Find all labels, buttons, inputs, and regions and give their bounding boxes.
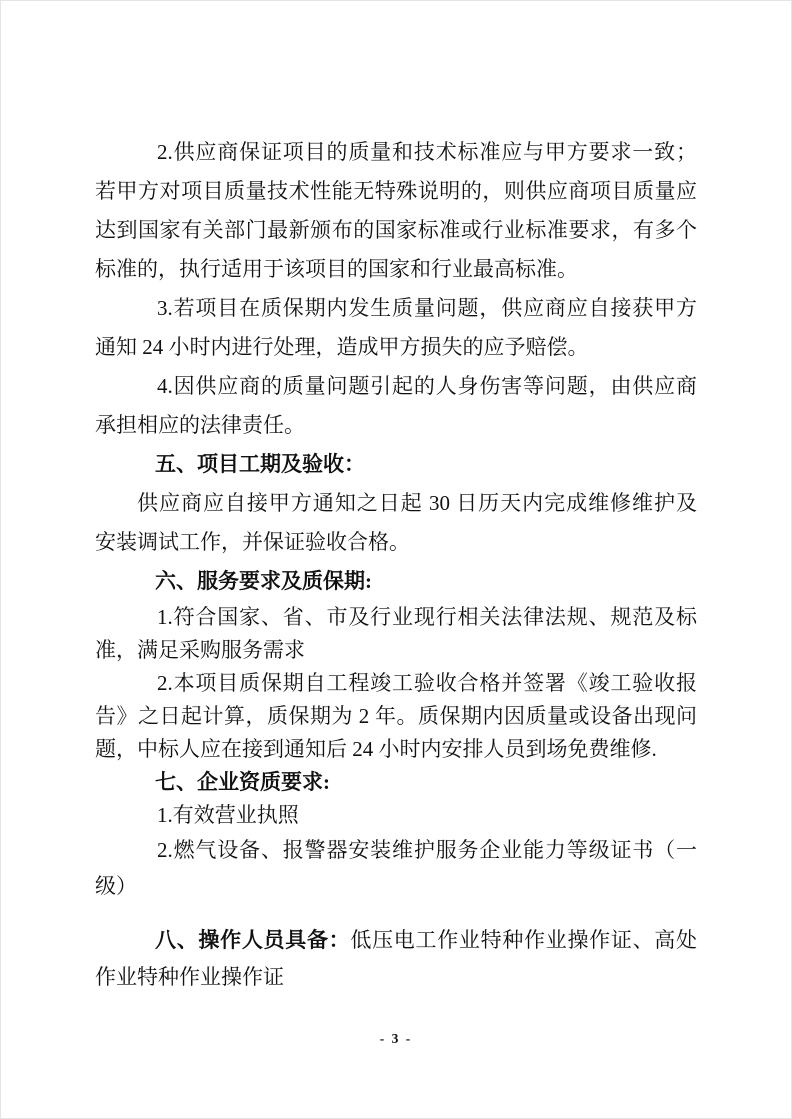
document-body: 2.供应商保证项目的质量和技术标准应与甲方要求一致；若甲方对项目质量技术性能无特…	[95, 133, 697, 996]
text-segment: 3.若项目在质保期内发生质量问题，供应商应自接获甲方	[157, 296, 697, 320]
text-segment: 若甲方对项目质量技术性能无特殊说明的，则供应商项目质量应	[95, 179, 697, 203]
text-line: 七、企业资质要求:	[95, 766, 697, 799]
text-segment: 低压电工作业特种作业操作证、高处	[350, 928, 697, 952]
text-segment: 准，满足采购服务需求	[95, 638, 305, 662]
document-page: 2.供应商保证项目的质量和技术标准应与甲方要求一致；若甲方对项目质量技术性能无特…	[0, 0, 792, 1119]
text-segment: 4.因供应商的质量问题引起的人身伤害等问题，由供应商	[157, 374, 697, 398]
bold-text-segment: 六、服务要求及质保期:	[155, 569, 372, 593]
text-line: 若甲方对项目质量技术性能无特殊说明的，则供应商项目质量应	[95, 172, 697, 211]
paragraph-section-6-item-2: 2.本项目质保期自工程竣工验收合格并签署《竣工验收报告》之日起计算，质保期为 2…	[95, 667, 697, 766]
text-segment: 题，中标人应在接到通知后 24 小时内安排人员到场免费维修.	[95, 737, 657, 761]
text-line: 六、服务要求及质保期:	[95, 562, 697, 601]
paragraph-section-8-operators: 八、操作人员具备：低压电工作业特种作业操作证、高处作业特种作业操作证	[95, 922, 697, 996]
text-segment: 2.供应商保证项目的质量和技术标准应与甲方要求一致；	[157, 140, 697, 164]
text-segment: 1.有效营业执照	[157, 803, 299, 827]
text-segment: 供应商应自接甲方通知之日起 30 日历天内完成维修维护及	[137, 491, 697, 515]
text-segment: 标准的，执行适用于该项目的国家和行业最高标准。	[95, 257, 578, 281]
paragraph-heading-section-7: 七、企业资质要求:	[95, 766, 697, 799]
text-line: 八、操作人员具备：低压电工作业特种作业操作证、高处	[95, 922, 697, 959]
text-line: 标准的，执行适用于该项目的国家和行业最高标准。	[95, 250, 697, 289]
bold-text-segment: 五、项目工期及验收：	[155, 452, 365, 476]
text-segment: 作业特种作业操作证	[95, 965, 284, 989]
text-line: 供应商应自接甲方通知之日起 30 日历天内完成维修维护及	[95, 484, 697, 523]
text-line: 1.有效营业执照	[95, 799, 697, 832]
page-number: - 3 -	[0, 1031, 792, 1047]
text-line: 4.因供应商的质量问题引起的人身伤害等问题，由供应商	[95, 367, 697, 406]
text-line: 五、项目工期及验收：	[95, 445, 697, 484]
text-segment: 告》之日起计算，质保期为 2 年。质保期内因质量或设备出现问	[95, 704, 697, 728]
text-line: 告》之日起计算，质保期为 2 年。质保期内因质量或设备出现问	[95, 700, 697, 733]
text-line: 1.符合国家、省、市及行业现行相关法律法规、规范及标	[95, 601, 697, 634]
text-segment: 1.符合国家、省、市及行业现行相关法律法规、规范及标	[157, 605, 697, 629]
paragraph-clause-quality-standard: 2.供应商保证项目的质量和技术标准应与甲方要求一致；若甲方对项目质量技术性能无特…	[95, 133, 697, 289]
text-segment: 安装调试工作，并保证验收合格。	[95, 530, 410, 554]
paragraph-section-7-item-1: 1.有效营业执照	[95, 799, 697, 832]
text-line: 2.供应商保证项目的质量和技术标准应与甲方要求一致；	[95, 133, 697, 172]
bold-text-segment: 八、操作人员具备：	[155, 928, 350, 952]
paragraph-section-6-item-1: 1.符合国家、省、市及行业现行相关法律法规、规范及标准，满足采购服务需求	[95, 601, 697, 667]
paragraph-clause-liability: 4.因供应商的质量问题引起的人身伤害等问题，由供应商承担相应的法律责任。	[95, 367, 697, 445]
text-line: 3.若项目在质保期内发生质量问题，供应商应自接获甲方	[95, 289, 697, 328]
paragraph-heading-section-5: 五、项目工期及验收：	[95, 445, 697, 484]
text-line: 级）	[95, 868, 697, 904]
text-segment: 达到国家有关部门最新颁布的国家标准或行业标准要求，有多个	[95, 218, 697, 242]
text-line: 安装调试工作，并保证验收合格。	[95, 523, 697, 562]
text-line: 作业特种作业操作证	[95, 959, 697, 996]
text-line: 达到国家有关部门最新颁布的国家标准或行业标准要求，有多个	[95, 211, 697, 250]
text-line: 2.燃气设备、报警器安装维护服务企业能力等级证书（一	[95, 832, 697, 868]
text-segment: 级）	[95, 874, 137, 898]
paragraph-heading-section-6: 六、服务要求及质保期:	[95, 562, 697, 601]
text-line: 题，中标人应在接到通知后 24 小时内安排人员到场免费维修.	[95, 733, 697, 766]
paragraph-section-5-body: 供应商应自接甲方通知之日起 30 日历天内完成维修维护及安装调试工作，并保证验收…	[95, 484, 697, 562]
text-line: 准，满足采购服务需求	[95, 634, 697, 667]
paragraph-clause-warranty-response: 3.若项目在质保期内发生质量问题，供应商应自接获甲方通知 24 小时内进行处理，…	[95, 289, 697, 367]
paragraph-section-7-item-2: 2.燃气设备、报警器安装维护服务企业能力等级证书（一级）	[95, 832, 697, 904]
text-line: 通知 24 小时内进行处理，造成甲方损失的应予赔偿。	[95, 328, 697, 367]
bold-text-segment: 七、企业资质要求:	[155, 770, 330, 794]
text-segment: 2.本项目质保期自工程竣工验收合格并签署《竣工验收报	[157, 671, 697, 695]
text-segment: 通知 24 小时内进行处理，造成甲方损失的应予赔偿。	[95, 335, 589, 359]
text-line: 承担相应的法律责任。	[95, 406, 697, 445]
text-line: 2.本项目质保期自工程竣工验收合格并签署《竣工验收报	[95, 667, 697, 700]
text-segment: 承担相应的法律责任。	[95, 413, 305, 437]
text-segment: 2.燃气设备、报警器安装维护服务企业能力等级证书（一	[157, 838, 697, 862]
